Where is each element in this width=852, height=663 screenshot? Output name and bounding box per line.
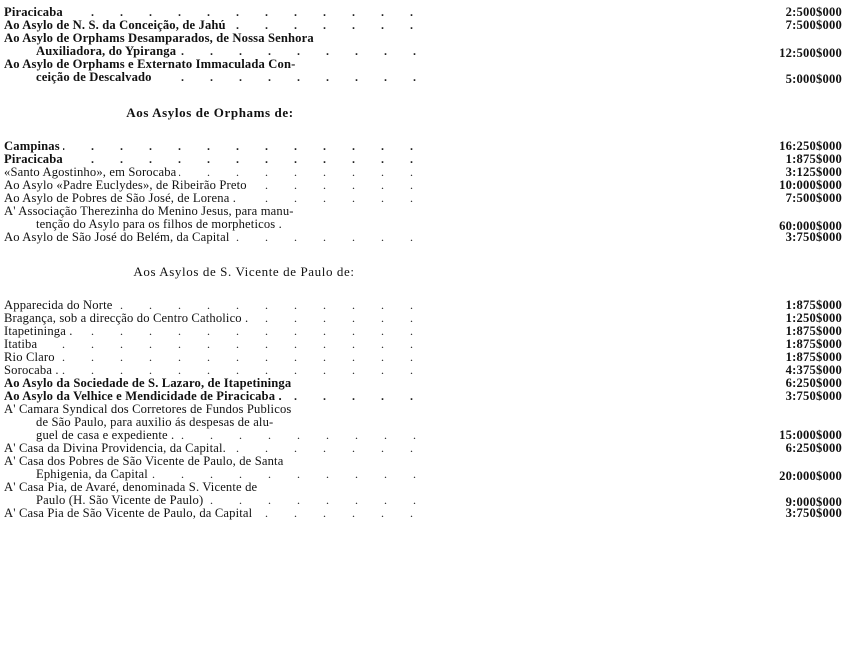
entry-amount: 6:250$000	[732, 442, 842, 455]
entry-amount: 7:500$000	[732, 19, 842, 32]
entry-description: Piracicaba	[4, 6, 66, 19]
section-heading-orphams: Aos Asylos de Orphams de:	[0, 105, 430, 120]
dot-leader: . . . . . . . . . . . . . . . . . . . . …	[4, 6, 434, 19]
dot-leader: . . . . . . . . . . . . . . . . . . . . …	[4, 153, 434, 166]
ledger-entry: Ao Asylo de Orphams Desamparados, de Nos…	[0, 32, 852, 45]
ledger-entry: . . . . . . . . . . . . . . . . . . . . …	[0, 140, 852, 153]
entry-description: tenção do Asylo para os filhos de morphe…	[36, 218, 285, 231]
dot-leader: . . . . . . . . . . . . . . . . . . . . …	[4, 338, 434, 351]
ledger-entry: . . . . . . . . . . . . . . . . . . . . …	[0, 507, 852, 520]
entry-description: A' Casa dos Pobres de São Vicente de Pau…	[4, 455, 286, 468]
entry-description: A' Casa Pia de São Vicente de Paulo, da …	[4, 507, 255, 520]
ledger-entry: . . . . . . . . . . . . . . . . . . . . …	[0, 364, 852, 377]
entry-description: Piracicaba	[4, 153, 66, 166]
ledger-entry: . . . . . . . . . . . . . . . . . . . . …	[0, 166, 852, 179]
ledger-entry-continuation: . . . . . . . . . . . . . . . . . . . . …	[0, 494, 852, 507]
ledger-entry-continuation: . . . . . . . . . . . . . . . . . . . . …	[0, 468, 852, 481]
entry-description: Campinas	[4, 140, 63, 153]
entry-description: Ao Asylo da Velhice e Mendicidade de Pir…	[4, 390, 285, 403]
entry-description: Bragança, sob a direcção do Centro Catho…	[4, 312, 251, 325]
dot-leader: . . . . . . . . . . . . . . . . . . . . …	[4, 140, 434, 153]
entry-description: A' Camara Syndical dos Corretores de Fun…	[4, 403, 294, 416]
entry-description: A' Casa da Divina Providencia, da Capita…	[4, 442, 229, 455]
entry-amount: 7:500$000	[732, 192, 842, 205]
ledger-entry-continuation: de São Paulo, para auxilio ás despesas d…	[0, 416, 852, 429]
dot-leader: . . . . . . . . . . . . . . . . . . . . …	[4, 364, 434, 377]
entry-description: Itapetininga .	[4, 325, 76, 338]
entry-description: A' Casa Pia, de Avaré, denominada S. Vic…	[4, 481, 260, 494]
entry-description: Ao Asylo de N. S. da Conceição, de Jahú	[4, 19, 229, 32]
ledger-entry: . . . . . . . . . . . . . . . . . . . . …	[0, 231, 852, 244]
entry-description: Itatiba	[4, 338, 40, 351]
entry-description: Sorocaba .	[4, 364, 62, 377]
scanned-ledger-page: . . . . . . . . . . . . . . . . . . . . …	[0, 0, 852, 663]
ledger-entry: Ao Asylo da Sociedade de S. Lazaro, de I…	[0, 377, 852, 390]
entry-description: Rio Claro	[4, 351, 58, 364]
ledger-entry: . . . . . . . . . . . . . . . . . . . . …	[0, 299, 852, 312]
entry-amount: 5:000$000	[732, 73, 842, 86]
entry-description: Ao Asylo de Orphams Desamparados, de Nos…	[4, 32, 317, 45]
ledger-entry: . . . . . . . . . . . . . . . . . . . . …	[0, 19, 852, 32]
ledger-entry: . . . . . . . . . . . . . . . . . . . . …	[0, 325, 852, 338]
section-heading-vicente: Aos Asylos de S. Vicente de Paulo de:	[24, 264, 464, 279]
ledger-entry-continuation: tenção do Asylo para os filhos de morphe…	[0, 218, 852, 231]
ledger-entry: . . . . . . . . . . . . . . . . . . . . …	[0, 390, 852, 403]
entry-description: Ephigenia, da Capital	[36, 468, 151, 481]
entry-description: Ao Asylo da Sociedade de S. Lazaro, de I…	[4, 377, 294, 390]
entry-description: Ao Asylo de Pobres de São José, de Loren…	[4, 192, 239, 205]
entry-description: «Santo Agostinho», em Sorocaba	[4, 166, 179, 179]
entry-description: guel de casa e expediente .	[36, 429, 177, 442]
entry-amount: 3:750$000	[732, 507, 842, 520]
ledger-entry: Ao Asylo de Orphams e Externato Immacula…	[0, 58, 852, 71]
ledger-entry: . . . . . . . . . . . . . . . . . . . . …	[0, 6, 852, 19]
ledger-entry: . . . . . . . . . . . . . . . . . . . . …	[0, 351, 852, 364]
ledger-entry: . . . . . . . . . . . . . . . . . . . . …	[0, 312, 852, 325]
entry-description: de São Paulo, para auxilio ás despesas d…	[36, 416, 276, 429]
ledger-entry: A' Casa dos Pobres de São Vicente de Pau…	[0, 455, 852, 468]
ledger-entry-continuation: . . . . . . . . . . . . . . . . . . . . …	[0, 429, 852, 442]
ledger-entry: A' Camara Syndical dos Corretores de Fun…	[0, 403, 852, 416]
ledger-entry-continuation: . . . . . . . . . . . . . . . . . . . . …	[0, 45, 852, 58]
entry-description: Ao Asylo «Padre Euclydes», de Ribeirão P…	[4, 179, 250, 192]
dot-leader: . . . . . . . . . . . . . . . . . . . . …	[4, 351, 434, 364]
ledger-entry: A' Casa Pia, de Avaré, denominada S. Vic…	[0, 481, 852, 494]
entry-description: Apparecida do Norte	[4, 299, 115, 312]
entry-description: ceição de Descalvado	[36, 71, 155, 84]
ledger-entry: . . . . . . . . . . . . . . . . . . . . …	[0, 192, 852, 205]
entry-description: Auxiliadora, do Ypiranga	[36, 45, 179, 58]
entry-amount: 3:750$000	[732, 231, 842, 244]
ledger-entry: A' Associação Therezinha do Menino Jesus…	[0, 205, 852, 218]
ledger-entry-continuation: . . . . . . . . . . . . . . . . . . . . …	[0, 71, 852, 84]
entry-description: Ao Asylo de São José do Belém, da Capita…	[4, 231, 232, 244]
entry-amount: 3:750$000	[732, 390, 842, 403]
ledger-entry: . . . . . . . . . . . . . . . . . . . . …	[0, 338, 852, 351]
entry-description: A' Associação Therezinha do Menino Jesus…	[4, 205, 297, 218]
ledger-entry: . . . . . . . . . . . . . . . . . . . . …	[0, 153, 852, 166]
entry-description: Paulo (H. São Vicente de Paulo)	[36, 494, 206, 507]
entry-description: Ao Asylo de Orphams e Externato Immacula…	[4, 58, 298, 71]
ledger-entry: . . . . . . . . . . . . . . . . . . . . …	[0, 179, 852, 192]
ledger-entry: . . . . . . . . . . . . . . . . . . . . …	[0, 442, 852, 455]
